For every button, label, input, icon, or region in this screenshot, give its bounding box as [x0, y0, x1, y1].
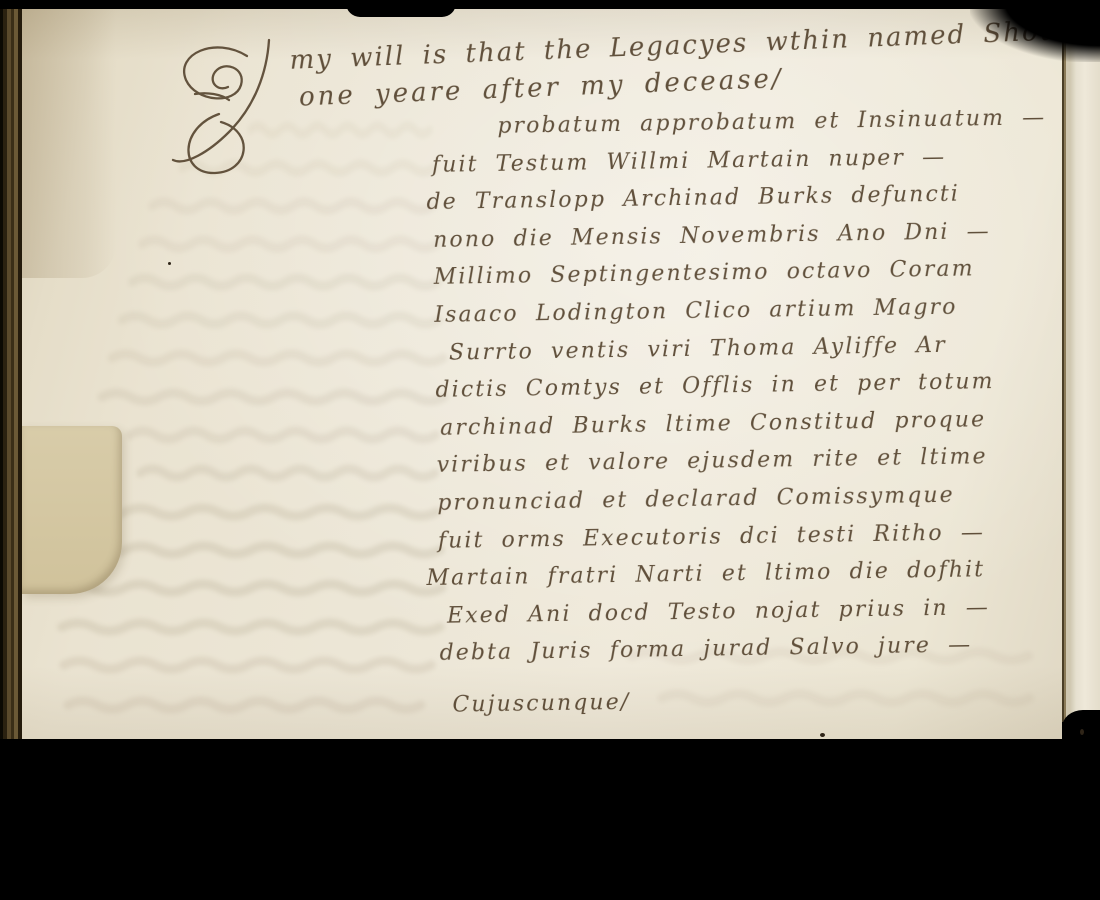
ink-speck	[1080, 729, 1084, 735]
fore-edge-bottom-shadow	[1062, 710, 1100, 742]
bottom-black-border	[0, 739, 1100, 900]
latin-probate-clause: probatum approbatum et Insinuatum — fuit…	[431, 105, 1055, 730]
page-top-left-crease-shadow	[22, 8, 116, 278]
manuscript-page: my will is that the Legacyes wthin named…	[22, 8, 1062, 739]
ink-speck	[168, 262, 171, 265]
ink-speck	[820, 733, 825, 737]
page-corner-fold-patch	[22, 426, 122, 594]
book-binding	[0, 5, 24, 741]
book-fore-edge	[1062, 0, 1100, 722]
examined-flourish-mark	[155, 34, 289, 182]
top-black-border	[0, 0, 1100, 9]
top-border-notch	[346, 0, 456, 17]
photo-canvas: my will is that the Legacyes wthin named…	[0, 0, 1100, 900]
top-right-corner-shadow	[970, 0, 1100, 62]
